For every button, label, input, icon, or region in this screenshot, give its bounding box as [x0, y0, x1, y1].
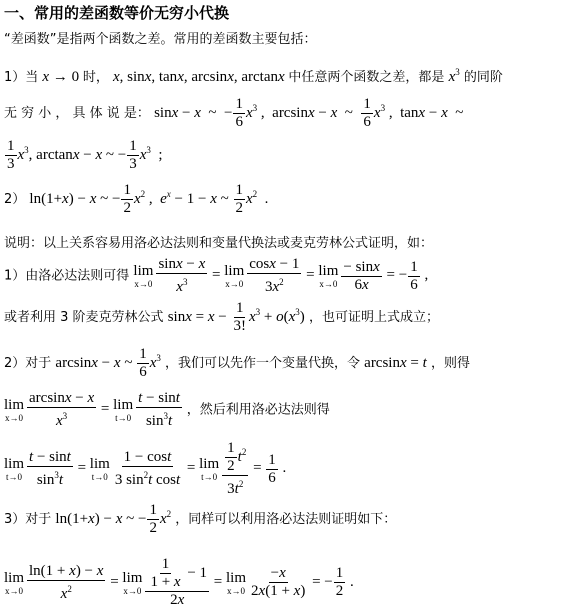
proof3-line: 3）对于 ln(1+x) − x ~ −12x2 ，同样可以利用洛必达法则证明如… — [4, 502, 396, 537]
item1-line1: 1）当 x → 0 时， x, sinx, tanx, arcsinx, arc… — [4, 66, 503, 86]
item1-line2: 无 穷 小 ， 具 体 说 是： sinx − x ~ −16x3 , arcs… — [4, 96, 463, 131]
section-title: 一、常用的差函数等价无穷小代换 — [4, 2, 229, 23]
proof3-step: limx→0ln(1 + x) − xx2 = limx→011 + x − 1… — [4, 556, 354, 609]
proof1-line: 1）由洛必达法则可得 limx→0sinx − xx3 = limx→0cosx… — [4, 256, 428, 296]
item2-line: 2） ln(1+x) − x ~ −12x2 , ex − 1 − x ~ 12… — [4, 182, 268, 217]
proof2-line: 2）对于 arcsinx − x ~ 16x3 ，我们可以先作一个变量代换，令 … — [4, 346, 470, 381]
intro-text: “差函数”是指两个函数之差。常用的差函数主要包括： — [4, 28, 316, 47]
item1-line3: 13x3, arctanx − x ~ −13x3 ; — [4, 138, 163, 173]
proof2-step1: limx→0arcsinx − xx3 = limt→0t − sintsin3… — [4, 390, 330, 430]
proof1-alt-line: 或者利用 3 阶麦克劳林公式 sinx = x − 13!x3 + o(x3) … — [4, 300, 439, 335]
proof2-step2: limt→0t − sintsin3t = limt→01 − cost3 si… — [4, 440, 286, 498]
note-text: 说明：以上关系容易用洛必达法则和变量代换法或麦克劳林公式证明，如： — [4, 232, 433, 251]
